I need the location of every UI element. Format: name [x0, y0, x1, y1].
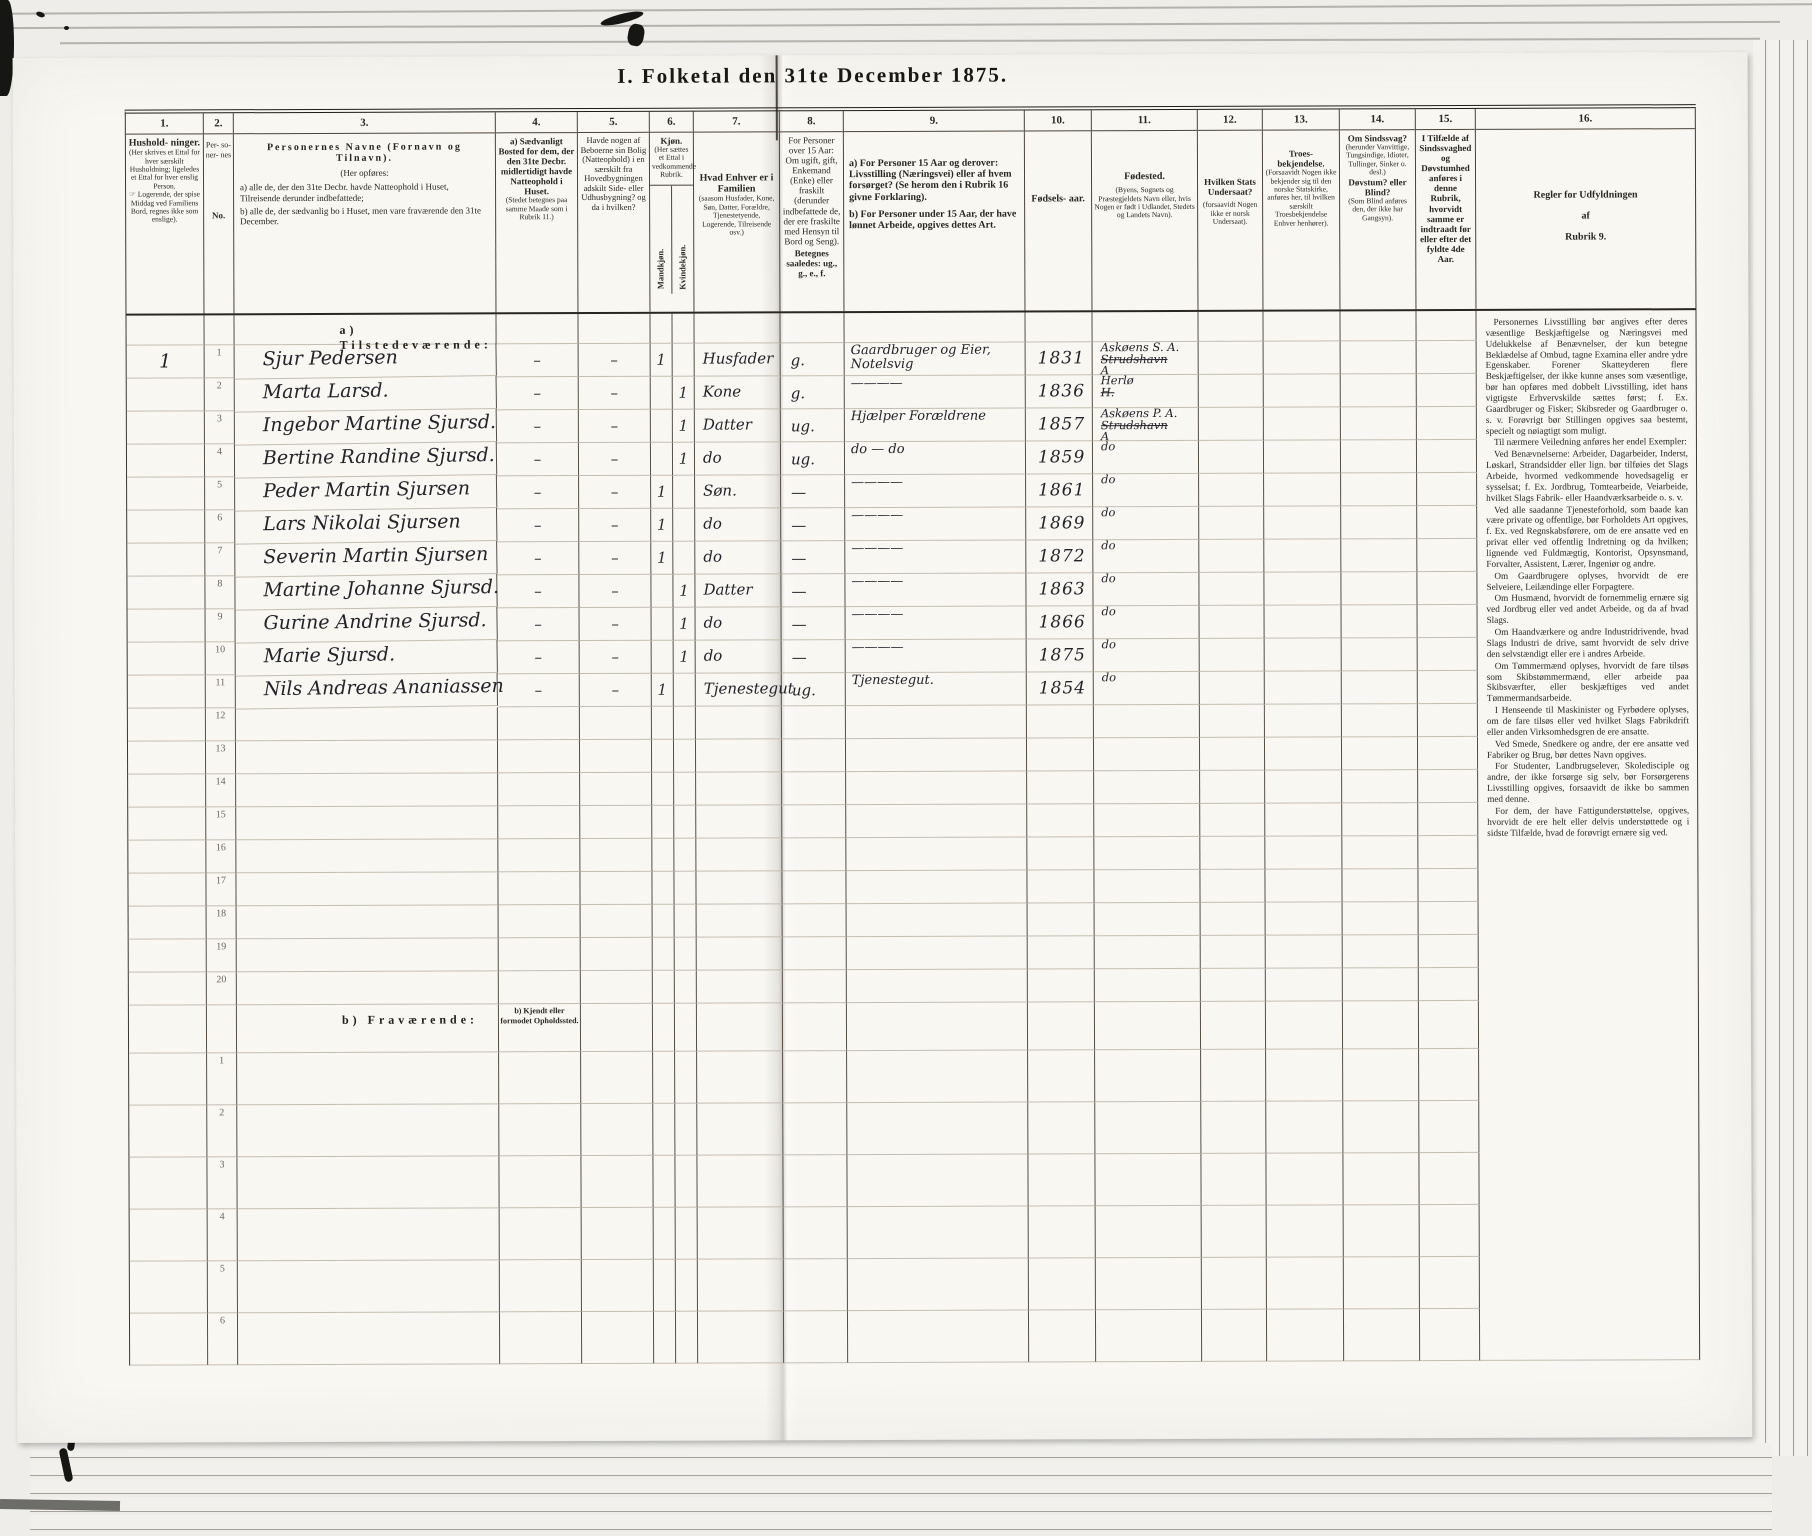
empty-row: 16: [128, 836, 1478, 874]
cell-family-position: do: [696, 607, 782, 640]
cell-household-number: [127, 543, 205, 576]
census-table: 1. Hushold- ninger. (Her skrives et Etta…: [125, 104, 1700, 1365]
cell-creed: [1265, 671, 1342, 704]
cell-usual-residence: –: [497, 575, 579, 608]
cell-sex-male: [651, 410, 673, 443]
col12-heading: Hvilken Stats Undersaat?: [1200, 177, 1260, 197]
cell-household-number: [127, 510, 205, 543]
cell-disability: [1341, 341, 1417, 374]
cell-sex-female: 1: [674, 608, 696, 641]
cell-family-position: do: [696, 640, 782, 673]
cell-household-number: [127, 477, 205, 510]
cell-person-number: 2: [207, 1105, 237, 1157]
cell-disability: [1342, 671, 1418, 704]
cell-occupation: ————: [846, 606, 1027, 640]
page-stack-bottom: [30, 1497, 1772, 1512]
cell-usual-residence: –: [498, 608, 580, 641]
section-b-label: b) Fraværende:: [237, 1004, 499, 1053]
page-stack-bottom: [30, 1479, 1772, 1494]
cell-sex-male: 1: [651, 344, 673, 377]
page-stack-bottom: [30, 1443, 1772, 1458]
cell-birthplace: do: [1093, 540, 1199, 573]
cell-outbuilding: –: [579, 542, 651, 575]
person-rows: 1 1 Sjur Pedersen – – 1 Husfader g. Gaar…: [127, 341, 1478, 709]
cell-sex-female: [673, 542, 695, 575]
cell-person-name: Nils Andreas Ananiassen: [236, 673, 498, 710]
cell-disability: [1341, 374, 1417, 407]
cell-birth-year: 1859: [1026, 441, 1093, 474]
cell-family-position: Tjenestegut: [696, 673, 782, 706]
cell-person-number: 11: [206, 675, 236, 708]
cell-disability-onset: [1418, 638, 1478, 671]
empty-row: 6: [130, 1309, 1480, 1366]
cell-sex-female: 1: [673, 410, 695, 443]
cell-person-number: 12: [206, 708, 236, 741]
col15-header: 15. I Tilfælde af Sindssvaghed og Døvstu…: [1416, 109, 1477, 309]
empty-rows-a: 12 13: [128, 704, 1479, 1006]
cell-disability-onset: [1417, 572, 1477, 605]
cell-birth-year: 1869: [1026, 507, 1093, 540]
page-stack-right: [1753, 40, 1766, 1456]
cell-creed: [1264, 506, 1341, 539]
col3-heading: Personernes Navne (Fornavn og Tilnavn).: [240, 141, 489, 164]
cell-citizenship: [1199, 375, 1264, 408]
cell-person-number: 2: [205, 378, 235, 411]
cell-marital-status: ug.: [781, 409, 845, 442]
page-edge-streak: [0, 3, 1812, 14]
cell-marital-status: —: [781, 508, 845, 541]
form-title: I. Folketal den 31te December 1875.: [533, 62, 1093, 89]
cell-sex-male: 1: [651, 542, 673, 575]
cell-marital-status: —: [781, 574, 845, 607]
cell-person-number: 17: [206, 873, 236, 906]
cell-person-name: Ingebor Martine Sjursd.: [235, 409, 497, 446]
cell-occupation: do — do: [845, 441, 1026, 475]
cell-person-name: Bertine Randine Sjursd.: [235, 442, 497, 479]
cell-citizenship: [1199, 408, 1264, 441]
cell-occupation: ————: [845, 573, 1026, 607]
cell-sex-male: [651, 377, 673, 410]
cell-outbuilding: –: [580, 674, 652, 707]
cell-family-position: Søn.: [695, 475, 781, 508]
col2-header: 2. Per- so- ner- nes No.: [204, 113, 235, 313]
cell-disability: [1341, 572, 1417, 605]
rules-paragraph: Om Tømmermænd oplyses, hvorvidt de fare …: [1487, 660, 1689, 704]
empty-row: 3: [129, 1153, 1479, 1210]
cell-household-number: [128, 609, 206, 642]
cell-disability-onset: [1417, 440, 1477, 473]
cell-disability: [1342, 638, 1418, 671]
cell-family-position: Husfader: [695, 343, 781, 376]
cell-birth-year: 1875: [1027, 639, 1094, 672]
col7-heading: Hvad Enhver er i Familien: [696, 172, 777, 195]
cell-occupation: Gaardbruger og Eier, Notelsvig: [845, 342, 1026, 376]
empty-rows-b: 1 2: [129, 1049, 1480, 1366]
cell-household-number: [127, 411, 205, 444]
cell-creed: [1264, 473, 1341, 506]
cell-birthplace: do: [1093, 573, 1199, 606]
cell-creed: [1264, 341, 1341, 374]
cell-usual-residence: –: [497, 542, 579, 575]
cell-birthplace: do: [1094, 606, 1200, 639]
cell-outbuilding: –: [580, 641, 652, 674]
cell-citizenship: [1200, 606, 1265, 639]
cell-birthplace: Herlø H.: [1093, 375, 1199, 408]
rules-paragraph: I Henseende til Maskinister og Fyrbødere…: [1487, 704, 1689, 737]
person-row: 11 Nils Andreas Ananiassen – – 1 Tjenest…: [128, 671, 1478, 709]
cell-person-number: 16: [206, 840, 236, 873]
section-b-row: b) Fraværende: b) Kjendt eller formodet …: [129, 1001, 1479, 1054]
cell-disability-onset: [1417, 407, 1477, 440]
cell-occupation: ————: [845, 375, 1026, 409]
cell-family-position: Datter: [695, 574, 781, 607]
rules-paragraph: Ved alle saadanne Tjenesteforhold, som b…: [1486, 504, 1688, 570]
cell-marital-status: —: [781, 541, 845, 574]
col9-header: 9. a) For Personer 15 Aar og derover: Li…: [844, 110, 1026, 311]
cell-sex-male: [652, 641, 674, 674]
cell-occupation: ————: [845, 507, 1026, 541]
cell-usual-residence: –: [498, 641, 580, 674]
cell-birth-year: 1861: [1026, 474, 1093, 507]
cell-disability: [1341, 506, 1417, 539]
empty-row: 2: [129, 1101, 1479, 1158]
cell-birthplace: do: [1093, 507, 1199, 540]
cell-usual-residence: –: [497, 509, 579, 542]
col6b-header: Kvindekjøn.: [671, 185, 693, 293]
cell-usual-residence: –: [497, 476, 579, 509]
cell-creed: [1265, 638, 1342, 671]
cell-disability: [1342, 605, 1418, 638]
cell-birth-year: 1872: [1026, 540, 1093, 573]
cell-family-position: Datter: [695, 409, 781, 442]
cell-disability-onset: [1418, 605, 1478, 638]
rules-paragraph: Ved Benævnelserne: Arbeider, Dagarbeider…: [1486, 448, 1688, 503]
cell-household-number: 1: [127, 345, 205, 378]
cell-sex-male: 1: [652, 674, 674, 707]
cell-disability-onset: [1417, 341, 1477, 374]
cell-person-number: 6: [205, 510, 235, 543]
person-row: 4 Bertine Randine Sjursd. – – 1 do ug. d…: [127, 440, 1477, 478]
cell-household-number: [127, 378, 205, 411]
cell-person-name: Sjur Pedersen: [234, 343, 496, 380]
scan-speck: [64, 26, 69, 30]
empty-row: 1: [129, 1049, 1479, 1106]
col2-heading: Per- so- ner- nes: [204, 140, 233, 160]
cell-citizenship: [1199, 441, 1264, 474]
cell-citizenship: [1199, 573, 1264, 606]
person-row: 3 Ingebor Martine Sjursd. – – 1 Datter u…: [127, 407, 1477, 445]
col11-header: 11. Fødested. (Byens, Sognets og Præsteg…: [1092, 110, 1199, 310]
cell-usual-residence: –: [497, 344, 579, 377]
scanned-census-page: { "title": "I. Folketal den 31te Decembe…: [0, 0, 1812, 1536]
cell-birthplace: do: [1094, 639, 1200, 672]
page-stack-right: [1781, 40, 1794, 1456]
cell-sex-male: [652, 608, 674, 641]
cell-person-number: 10: [206, 642, 236, 675]
cell-disability: [1341, 473, 1417, 506]
cell-occupation: Hjælper Forældrene: [845, 408, 1026, 442]
cell-household-number: [127, 576, 205, 609]
col4-header: 4. a) Sædvanligt Bosted for dem, der den…: [496, 112, 579, 312]
col12-header: 12. Hvilken Stats Undersaat? (forsaavidt…: [1198, 110, 1264, 310]
cell-disability: [1341, 440, 1417, 473]
cell-person-number: 1: [207, 1053, 237, 1105]
cell-usual-residence: –: [498, 674, 580, 707]
table-header: 1. Hushold- ninger. (Her skrives et Etta…: [126, 108, 1697, 315]
cell-person-name: Marie Sjursd.: [235, 640, 497, 677]
rules-paragraph: Om Husmænd, hvorvidt de fornemmelig ernæ…: [1486, 593, 1688, 626]
rubrik9-rules-column: Personernes Livsstilling bør angives eft…: [1476, 310, 1700, 1361]
cell-creed: [1264, 440, 1341, 473]
person-row: 10 Marie Sjursd. – – 1 do — ————: [128, 638, 1478, 676]
col11-heading: Fødested.: [1094, 171, 1195, 183]
cell-person-number: 3: [207, 1157, 237, 1209]
cell-disability-onset: [1417, 506, 1477, 539]
cell-occupation: ————: [845, 474, 1026, 508]
empty-row: 18: [129, 902, 1479, 940]
empty-row: 17: [128, 869, 1478, 907]
empty-row: 12: [128, 704, 1478, 742]
cell-birth-year: 1866: [1027, 606, 1094, 639]
person-row: 8 Martine Johanne Sjursd. – – 1 Datter —…: [127, 572, 1477, 610]
empty-row: 20: [129, 968, 1479, 1006]
cell-birthplace: Askøens S. A. Strudshavn A: [1093, 342, 1199, 375]
cell-citizenship: [1199, 342, 1264, 375]
col7-header: 7. Hvad Enhver er i Familien (saasom Hus…: [694, 111, 781, 311]
rules-paragraph: Ved Smede, Snedkere og andre, der ere an…: [1487, 738, 1689, 760]
fold-curl-mark: [626, 23, 646, 47]
rules-paragraph: Personernes Livsstilling bør angives eft…: [1486, 316, 1688, 436]
cell-birth-year: 1857: [1026, 408, 1093, 441]
empty-row: 4: [130, 1205, 1480, 1262]
col15-heading: I Tilfælde af Sindssvaghed og Døvstumhed…: [1416, 130, 1475, 267]
page-stack-bottom: [30, 1515, 1772, 1530]
rules-paragraph: For Studenter, Landbrugselever, Skoledis…: [1487, 761, 1689, 805]
col3-header: 3. Personernes Navne (Fornavn og Tilnavn…: [234, 112, 497, 313]
cell-sex-male: 1: [651, 509, 673, 542]
cell-person-number: 19: [207, 939, 237, 972]
col10-heading: Fødsels- aar.: [1025, 131, 1091, 207]
cell-person-number: 6: [208, 1313, 238, 1365]
cell-person-number: 15: [206, 807, 236, 840]
cell-marital-status: —: [781, 475, 845, 508]
cell-family-position: Kone: [695, 376, 781, 409]
cell-marital-status: g.: [781, 376, 845, 409]
person-row: 1 1 Sjur Pedersen – – 1 Husfader g. Gaar…: [127, 341, 1477, 379]
cell-birth-year: 1863: [1026, 573, 1093, 606]
page-edge-streak: [60, 38, 1760, 44]
cell-sex-female: 1: [674, 641, 696, 674]
person-row: 9 Gurine Andrine Sjursd. – – 1 do — ————: [128, 605, 1478, 643]
col8-heading: For Personer over 15 Aar: Om ugift, gift…: [782, 135, 841, 246]
cell-marital-status: g.: [781, 343, 845, 376]
cell-creed: [1264, 407, 1341, 440]
rules-paragraph: For dem, der have Fattigunderstøttelse, …: [1487, 805, 1689, 838]
cell-person-number: 5: [208, 1261, 238, 1313]
cell-household-number: [128, 642, 206, 675]
cell-person-number: 20: [207, 972, 237, 1005]
table-body: a) Tilstedeværende: 1 1 Sjur Pedersen –: [126, 310, 1700, 1365]
cell-person-number: 13: [206, 741, 236, 774]
page-edge-streak: [0, 21, 1780, 29]
cell-sex-female: [673, 344, 695, 377]
section-a-label: a) Tilstedeværende:: [234, 314, 496, 345]
cell-outbuilding: –: [579, 575, 651, 608]
cell-sex-female: [674, 674, 696, 707]
cell-disability-onset: [1417, 374, 1477, 407]
cell-birthplace: do: [1093, 474, 1199, 507]
col4-heading: a) Sædvanligt Bosted for dem, der den 31…: [498, 136, 575, 197]
col5-heading: Havde nogen af Beboerne sin Bolig (Natte…: [578, 133, 649, 215]
cell-household-number: [128, 675, 206, 708]
cell-usual-residence: –: [497, 377, 579, 410]
cell-usual-residence: –: [497, 443, 579, 476]
cell-person-name: Martine Johanne Sjursd.: [235, 574, 497, 611]
section-a-row: a) Tilstedeværende:: [126, 311, 1476, 346]
cell-person-name: Severin Martin Sjursen: [235, 541, 497, 578]
cell-usual-residence: –: [497, 410, 579, 443]
person-row: 5 Peder Martin Sjursen – – 1 Søn. — ————: [127, 473, 1477, 511]
col6-header: 6. Kjøn. (Her sættes et Ettal i vedkomme…: [650, 112, 695, 312]
cell-outbuilding: –: [579, 377, 651, 410]
cell-marital-status: —: [782, 640, 846, 673]
rows-area: a) Tilstedeværende: 1 1 Sjur Pedersen –: [126, 311, 1480, 1366]
cell-outbuilding: –: [579, 476, 651, 509]
page-stack-right: [1795, 40, 1808, 1456]
empty-row: 19: [129, 935, 1479, 973]
cell-person-number: 14: [206, 774, 236, 807]
col13-header: 13. Troes- bekjendelse. (Forsaavidt Noge…: [1263, 109, 1341, 309]
cell-person-number: 4: [208, 1209, 238, 1261]
cell-birth-year: 1836: [1026, 375, 1093, 408]
cell-outbuilding: –: [580, 608, 652, 641]
cell-family-position: do: [695, 508, 781, 541]
col1-header: 1. Hushold- ninger. (Her skrives et Etta…: [126, 113, 205, 313]
cell-sex-male: [651, 443, 673, 476]
page-stack-bottom: [30, 1461, 1772, 1476]
cell-disability-onset: [1418, 671, 1478, 704]
col6a-header: Mandkjøn.: [650, 185, 671, 293]
cell-citizenship: [1199, 540, 1264, 573]
cell-birthplace: do: [1094, 672, 1200, 705]
cell-person-name: Peder Martin Sjursen: [235, 475, 497, 512]
cell-sex-female: 1: [673, 377, 695, 410]
cell-sex-male: [651, 575, 673, 608]
cell-outbuilding: –: [579, 443, 651, 476]
cell-sex-female: [673, 476, 695, 509]
cell-citizenship: [1199, 474, 1264, 507]
person-row: 7 Severin Martin Sjursen – – 1 do — ————: [127, 539, 1477, 577]
cell-birthplace: do: [1093, 441, 1199, 474]
cell-person-number: 1: [205, 345, 235, 378]
cell-creed: [1264, 374, 1341, 407]
page-stack-right: [1767, 40, 1780, 1456]
cell-person-name: Marta Larsd.: [235, 376, 497, 413]
cell-outbuilding: –: [579, 509, 651, 542]
cell-person-number: 4: [205, 444, 235, 477]
cell-birthplace: Askøens P. A. Strudshavn A: [1093, 408, 1199, 441]
cell-sex-male: 1: [651, 476, 673, 509]
section-b-residence-note: b) Kjendt eller formodet Opholdssted.: [499, 1004, 581, 1052]
cell-birth-year: 1831: [1026, 342, 1093, 375]
cell-marital-status: ug.: [782, 673, 846, 706]
rules-paragraph: Om Gaardbrugere oplyses, hvorvidt de ere…: [1486, 570, 1688, 592]
cell-marital-status: ug.: [781, 442, 845, 475]
cell-family-position: do: [695, 442, 781, 475]
col16-header: 16. Regler for Udfyldningen af Rubrik 9.: [1476, 108, 1697, 309]
cell-person-number: 8: [205, 576, 235, 609]
cell-citizenship: [1199, 507, 1264, 540]
scan-corner-smudge: [0, 1499, 120, 1511]
census-form-sheet: I. Folketal den 31te December 1875. 1. H…: [13, 52, 1753, 1443]
cell-household-number: [127, 444, 205, 477]
cell-birth-year: 1854: [1027, 672, 1094, 705]
cell-outbuilding: –: [579, 410, 651, 443]
col13-heading: Troes- bekjendelse.: [1265, 148, 1337, 168]
cell-person-name: Gurine Andrine Sjursd.: [235, 607, 497, 644]
person-row: 2 Marta Larsd. – – 1 Kone g. ————: [127, 374, 1477, 412]
cell-disability: [1341, 407, 1417, 440]
cell-person-number: 7: [205, 543, 235, 576]
person-row: 6 Lars Nikolai Sjursen – – 1 do — ————: [127, 506, 1477, 544]
cell-occupation: Tjenestegut.: [846, 672, 1027, 706]
col5-header: 5. Havde nogen af Beboerne sin Bolig (Na…: [578, 112, 651, 312]
cell-creed: [1265, 605, 1342, 638]
cell-person-number: 5: [205, 477, 235, 510]
col8-header: 8. For Personer over 15 Aar: Om ugift, g…: [780, 111, 845, 311]
col10-header: 10. Fødsels- aar.: [1025, 110, 1093, 310]
cell-citizenship: [1200, 639, 1265, 672]
cell-outbuilding: –: [579, 344, 651, 377]
empty-row: 14: [128, 770, 1478, 808]
rules-paragraphs: Personernes Livsstilling bør angives eft…: [1486, 316, 1690, 838]
cell-disability: [1341, 539, 1417, 572]
cell-citizenship: [1200, 672, 1265, 705]
empty-row: 5: [130, 1257, 1480, 1314]
cell-creed: [1264, 572, 1341, 605]
empty-row: 15: [128, 803, 1478, 841]
cell-creed: [1264, 539, 1341, 572]
cell-disability-onset: [1417, 473, 1477, 506]
empty-row: 13: [128, 737, 1478, 775]
col16-heading: Regler for Udfyldningen: [1478, 189, 1693, 201]
cell-occupation: ————: [846, 639, 1027, 673]
cell-sex-female: 1: [673, 575, 695, 608]
cell-sex-female: 1: [673, 443, 695, 476]
cell-disability-onset: [1417, 539, 1477, 572]
cell-occupation: ————: [845, 540, 1026, 574]
cell-person-number: 9: [206, 609, 236, 642]
rules-paragraph: Om Haandværkere og andre Industridrivend…: [1487, 626, 1689, 659]
cell-sex-female: [673, 509, 695, 542]
cell-person-name: Lars Nikolai Sjursen: [235, 508, 497, 545]
cell-family-position: do: [695, 541, 781, 574]
rules-paragraph: Til nærmere Veiledning anføres her endel…: [1486, 437, 1688, 449]
cell-marital-status: —: [782, 607, 846, 640]
col14-header: 14. Om Sindssvag? (herunder Vanvittige, …: [1340, 109, 1417, 309]
cell-person-number: 3: [205, 411, 235, 444]
cell-person-number: 18: [207, 906, 237, 939]
